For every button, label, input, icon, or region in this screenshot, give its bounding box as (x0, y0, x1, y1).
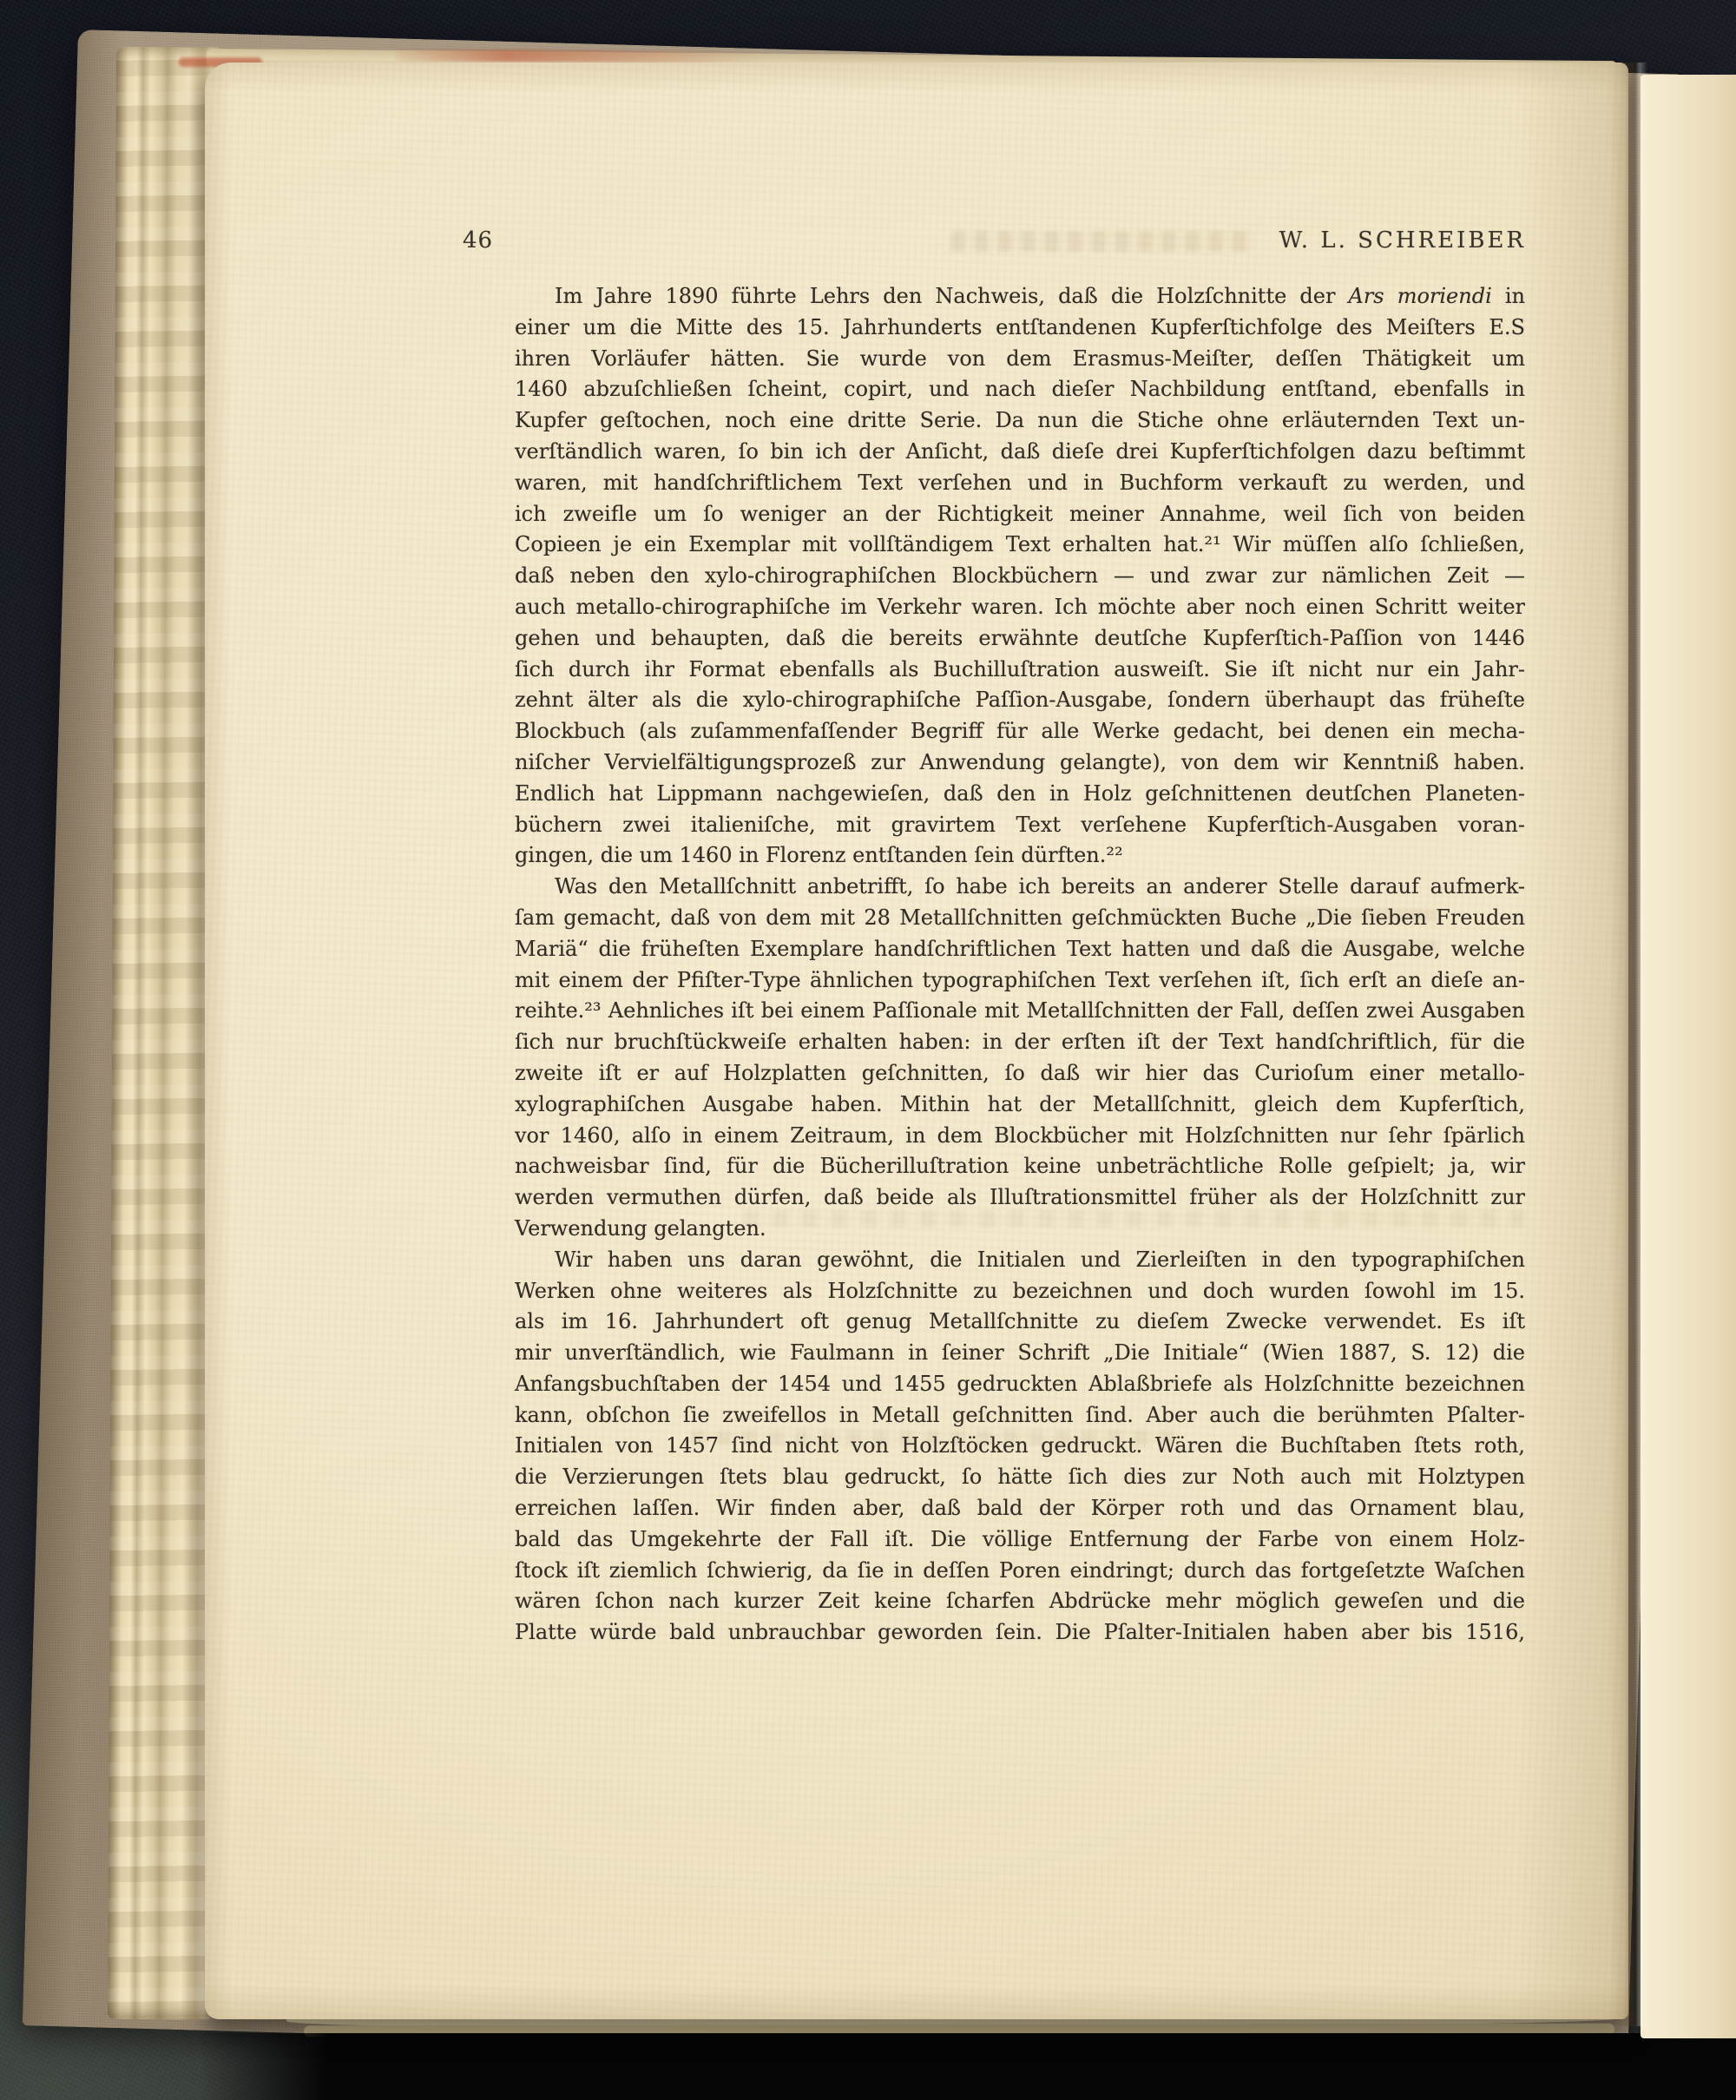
running-head: W. L. SCHREIBER (1279, 227, 1526, 253)
paragraph: Was den Metallſchnitt anbetrifft, ſo hab… (515, 872, 1525, 1245)
text-line: reihte.²³ Aehnliches iſt bei einem Paſſi… (515, 996, 1525, 1027)
paragraph: Wir haben uns daran gewöhnt, die Initial… (515, 1245, 1525, 1649)
deckled-fore-edge-stack (108, 47, 219, 2019)
text-line: ſtock iſt ziemlich ſchwierig, da ſie in … (515, 1556, 1525, 1587)
text-line: büchern zwei italieniſche, mit gravirtem… (515, 810, 1525, 841)
text-line: werden vermuthen dürfen, daß beide als I… (515, 1182, 1525, 1214)
text-line: ſich durch ihr Format ebenfalls als Buch… (515, 655, 1525, 686)
text-line: nachweisbar ſind, für die Bücherilluſtra… (515, 1151, 1525, 1182)
text-line: mir unverſtändlich, wie Faulmann in ſein… (515, 1338, 1525, 1369)
book-page: 46 W. L. SCHREIBER Im Jahre 1890 führte … (205, 63, 1628, 2019)
text-line: ihren Vorläufer hätten. Sie wurde von de… (515, 344, 1525, 375)
text-line: erreichen laſſen. Wir finden aber, daß b… (515, 1493, 1525, 1524)
text-line: wären ſchon nach kurzer Zeit keine ſchar… (515, 1586, 1525, 1617)
text-line: Kupfer geſtochen, noch eine dritte Serie… (515, 405, 1525, 437)
text-line: Copieen je ein Exemplar mit vollſtändige… (515, 530, 1525, 561)
text-block: Im Jahre 1890 führte Lehrs den Nachweis,… (515, 281, 1525, 1649)
text-line: ſich nur bruchſtückweiſe erhalten haben:… (515, 1027, 1525, 1058)
text-line: Anfangsbuchſtaben der 1454 und 1455 gedr… (515, 1369, 1525, 1400)
text-line: Blockbuch (als zuſammenfaſſender Begriff… (515, 716, 1525, 747)
text-line: verſtändlich waren, ſo bin ich der Anſic… (515, 437, 1525, 468)
text-line: die Verzierungen ſtets blau gedruckt, ſo… (515, 1462, 1525, 1493)
text-line: ich zweifle um ſo weniger an der Richtig… (515, 499, 1525, 530)
red-edge-stain (395, 49, 768, 63)
text-line: Platte würde bald unbrauchbar geworden ſ… (515, 1617, 1525, 1649)
text-line: mit einem der Pfiſter-Type ähnlichen typ… (515, 965, 1525, 997)
text-line: als im 16. Jahrhundert oft genug Metallſ… (515, 1307, 1525, 1338)
text-line: einer um die Mitte des 15. Jahrhunderts … (515, 313, 1525, 344)
facing-page-edge (1641, 75, 1736, 2038)
text-line: zehnt älter als die xylo-chirographiſche… (515, 685, 1525, 716)
gutter-shadow (1609, 63, 1647, 2026)
text-line: daß neben den xylo-chirographiſchen Bloc… (515, 561, 1525, 592)
text-line: vor 1460, alſo in einem Zeitraum, in dem… (515, 1121, 1525, 1152)
text-line: Mariä“ die früheſten Exemplare handſchri… (515, 934, 1525, 965)
paragraph: Im Jahre 1890 führte Lehrs den Nachweis,… (515, 281, 1525, 872)
text-line: Was den Metallſchnitt anbetrifft, ſo hab… (515, 872, 1525, 903)
text-line: Initialen von 1457 ſind nicht von Holzſt… (515, 1431, 1525, 1462)
text-line: Werken ohne weiteres als Holzſchnitte zu… (515, 1276, 1525, 1307)
text-line: xylographiſchen Ausgabe haben. Mithin ha… (515, 1089, 1525, 1121)
text-line: Endlich hat Lippmann nachgewieſen, daß d… (515, 779, 1525, 810)
text-line: gehen und behaupten, daß die bereits erw… (515, 623, 1525, 655)
text-line: waren, mit handſchriftlichem Text verſeh… (515, 468, 1525, 499)
book-bottom-shadow (198, 2033, 1736, 2100)
text-line: auch metallo-chirographiſche im Verkehr … (515, 592, 1525, 623)
book-photo-scene: 46 W. L. SCHREIBER Im Jahre 1890 führte … (0, 0, 1736, 2100)
text-line: kann, obſchon ſie zweifellos in Metall g… (515, 1400, 1525, 1432)
text-line: Verwendung gelangten. (515, 1214, 1525, 1245)
text-line: Wir haben uns daran gewöhnt, die Initial… (515, 1245, 1525, 1276)
text-line: 1460 abzuſchließen ſcheint, copirt, und … (515, 374, 1525, 405)
text-line: bald das Umgekehrte der Fall iſt. Die vö… (515, 1524, 1525, 1556)
text-line: zweite iſt er auf Holzplatten geſchnitte… (515, 1058, 1525, 1089)
text-line: gingen, die um 1460 in Florenz entſtande… (515, 840, 1525, 872)
text-line: ſam gemacht, daß von dem mit 28 Metallſc… (515, 903, 1525, 934)
page-number: 46 (463, 227, 493, 253)
show-through-ghost (951, 231, 1255, 252)
text-line: niſcher Vervielfältigungsprozeß zur Anwe… (515, 747, 1525, 779)
text-line: Im Jahre 1890 führte Lehrs den Nachweis,… (515, 281, 1525, 313)
